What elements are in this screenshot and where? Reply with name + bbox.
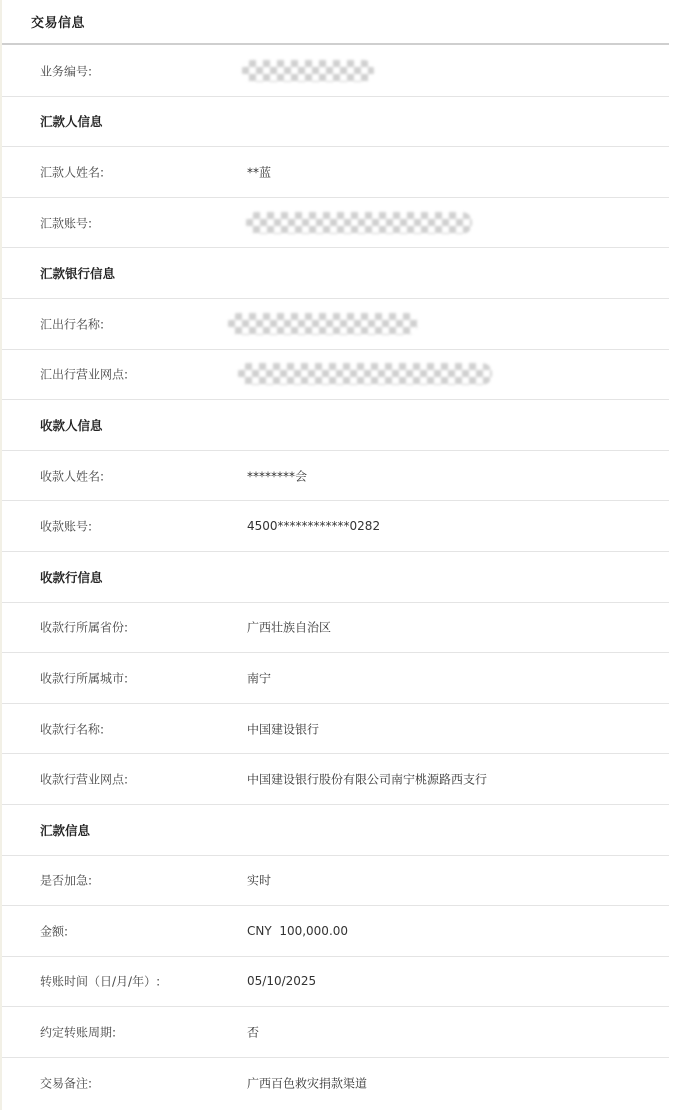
redacted-value	[246, 212, 472, 234]
field-label: 业务编号:	[40, 62, 92, 79]
field-label: 约定转账周期:	[40, 1024, 116, 1041]
row-transaction-remark: 交易备注: 广西百色救灾捐款渠道	[2, 1058, 669, 1109]
section-heading: 汇款信息	[40, 821, 90, 839]
section-payee-info: 收款人信息	[2, 400, 669, 451]
field-label: 汇出行营业网点:	[40, 366, 128, 383]
field-label: 金额:	[40, 922, 68, 939]
section-remittance-info: 汇款信息	[2, 805, 669, 856]
field-value: 实时	[247, 872, 271, 889]
field-value: **蓝	[247, 163, 271, 180]
section-heading: 汇款银行信息	[40, 264, 115, 282]
row-payee-bank-province: 收款行所属省份: 广西壮族自治区	[2, 603, 669, 654]
field-value: 广西百色救灾捐款渠道	[247, 1075, 367, 1092]
row-payee-bank-name: 收款行名称: 中国建设银行	[2, 704, 669, 755]
field-value: 中国建设银行	[247, 720, 319, 737]
redacted-value	[238, 363, 492, 385]
transaction-details-list: 业务编号: 汇款人信息 汇款人姓名: **蓝 汇款账号: 汇款银行信息 汇出行名…	[2, 46, 669, 1108]
field-label: 收款行营业网点:	[40, 771, 128, 788]
field-label: 汇款账号:	[40, 214, 92, 231]
field-label: 收款账号:	[40, 518, 92, 535]
row-sending-bank-branch: 汇出行营业网点:	[2, 350, 669, 401]
field-label: 收款行所属城市:	[40, 669, 128, 686]
section-remitter-bank-info: 汇款银行信息	[2, 248, 669, 299]
field-label: 汇款人姓名:	[40, 163, 104, 180]
field-value: ********会	[247, 467, 307, 484]
field-label: 交易备注:	[40, 1075, 92, 1092]
row-transfer-date: 转账时间（日/月/年）: 05/10/2025	[2, 957, 669, 1008]
section-heading: 收款行信息	[40, 568, 103, 586]
row-remitter-name: 汇款人姓名: **蓝	[2, 147, 669, 198]
section-payee-bank-info: 收款行信息	[2, 552, 669, 603]
field-value: 05/10/2025	[247, 974, 316, 988]
field-label: 收款行名称:	[40, 720, 104, 737]
row-urgent: 是否加急: 实时	[2, 856, 669, 907]
row-business-number: 业务编号:	[2, 46, 669, 97]
section-heading: 收款人信息	[40, 416, 103, 434]
row-remitter-account: 汇款账号:	[2, 198, 669, 249]
page-header: 交易信息	[2, 0, 669, 45]
field-value: 南宁	[247, 669, 271, 686]
redacted-value	[228, 313, 418, 335]
field-label: 是否加急:	[40, 872, 92, 889]
field-value: 中国建设银行股份有限公司南宁桃源路西支行	[247, 771, 487, 788]
section-remitter-info: 汇款人信息	[2, 97, 669, 148]
field-value: 否	[247, 1024, 259, 1041]
field-label: 转账时间（日/月/年）:	[40, 973, 160, 990]
row-payee-bank-city: 收款行所属城市: 南宁	[2, 653, 669, 704]
row-payee-account: 收款账号: 4500************0282	[2, 501, 669, 552]
row-amount: 金额: CNY 100,000.00	[2, 906, 669, 957]
row-payee-name: 收款人姓名: ********会	[2, 451, 669, 502]
page-title: 交易信息	[31, 12, 85, 31]
field-label: 收款行所属省份:	[40, 619, 128, 636]
row-scheduled-period: 约定转账周期: 否	[2, 1007, 669, 1058]
field-label: 收款人姓名:	[40, 467, 104, 484]
field-value: 4500************0282	[247, 519, 380, 533]
row-sending-bank-name: 汇出行名称:	[2, 299, 669, 350]
redacted-value	[242, 60, 374, 82]
field-value: CNY 100,000.00	[247, 924, 348, 938]
row-payee-bank-branch: 收款行营业网点: 中国建设银行股份有限公司南宁桃源路西支行	[2, 754, 669, 805]
page-frame: 交易信息 业务编号: 汇款人信息 汇款人姓名: **蓝 汇款账号: 汇款银行信息…	[0, 0, 690, 1110]
section-heading: 汇款人信息	[40, 112, 103, 130]
field-value: 广西壮族自治区	[247, 619, 331, 636]
field-label: 汇出行名称:	[40, 315, 104, 332]
